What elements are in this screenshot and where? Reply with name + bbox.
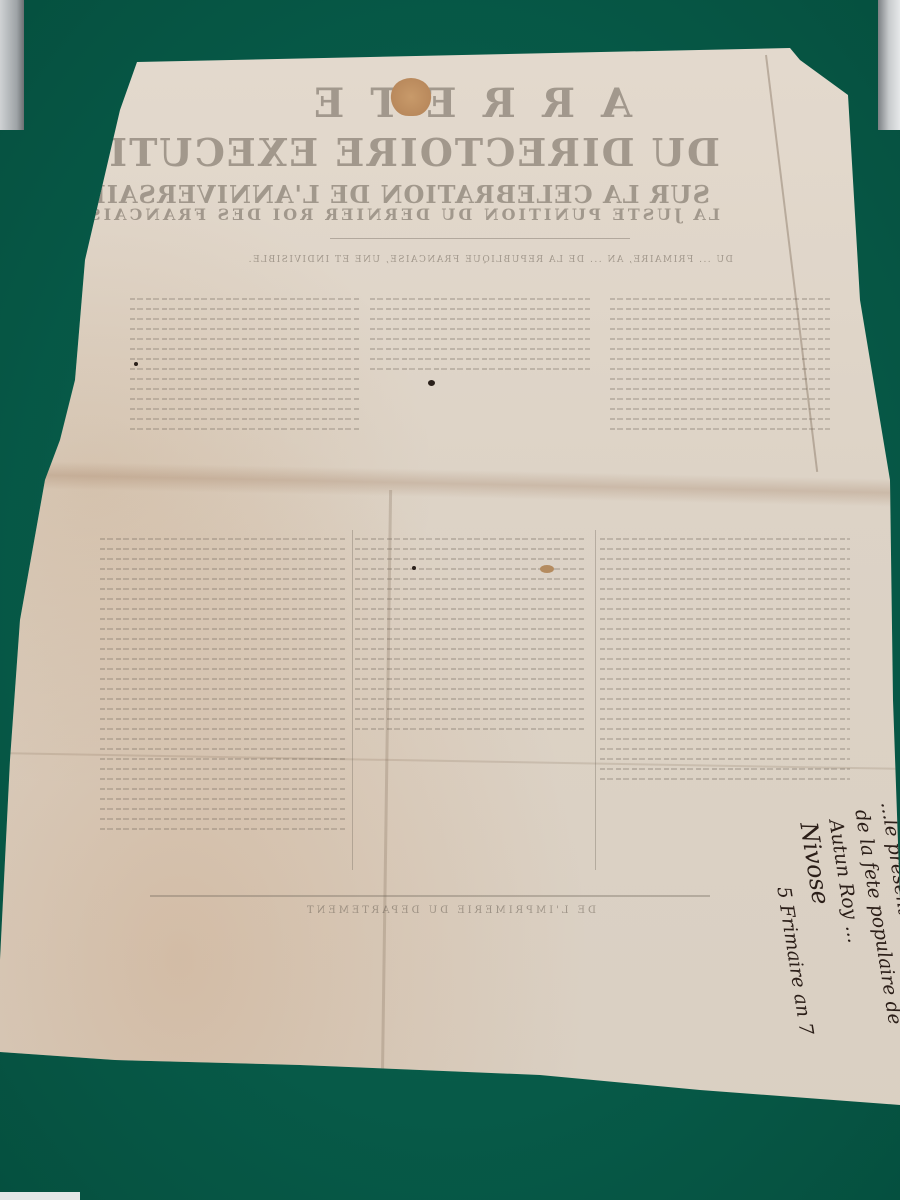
title-punition: LA JUSTE PUNITION DU DERNIER ROI DES FRA… [150, 205, 720, 224]
text-column-1 [130, 290, 360, 440]
title-rule [330, 238, 630, 239]
text-column-4 [100, 530, 345, 860]
handwritten-date: 5 Frimaire an 7 [772, 885, 817, 1037]
paper-surface: ARRETE DU DIRECTOIRE EXECUTIF SUR LA CEL… [0, 0, 900, 1200]
ink-spot [412, 566, 416, 570]
column-rule [352, 530, 353, 870]
printer-line: DE L'IMPRIMERIE DU DEPARTEMENT [180, 905, 720, 916]
document-sheet: ARRETE DU DIRECTOIRE EXECUTIF SUR LA CEL… [0, 0, 900, 1200]
footer-rule [150, 895, 710, 897]
text-column-2 [370, 290, 590, 440]
title-arrete: ARRETE [250, 80, 670, 127]
water-stain [390, 78, 432, 116]
ink-spot [134, 362, 138, 366]
title-directoire: DU DIRECTOIRE EXECUTIF [150, 130, 720, 175]
text-column-3 [610, 290, 830, 440]
text-column-5 [355, 530, 585, 860]
brown-stain [540, 565, 554, 573]
horizontal-fold [40, 461, 900, 507]
column-rule [595, 530, 596, 870]
ink-blot [428, 380, 435, 386]
handwritten-note: ...le present arrete de la fete populair… [750, 790, 900, 1090]
dateline: DU ... FRIMAIRE, AN ... DE LA REPUBLIQUE… [230, 255, 750, 265]
